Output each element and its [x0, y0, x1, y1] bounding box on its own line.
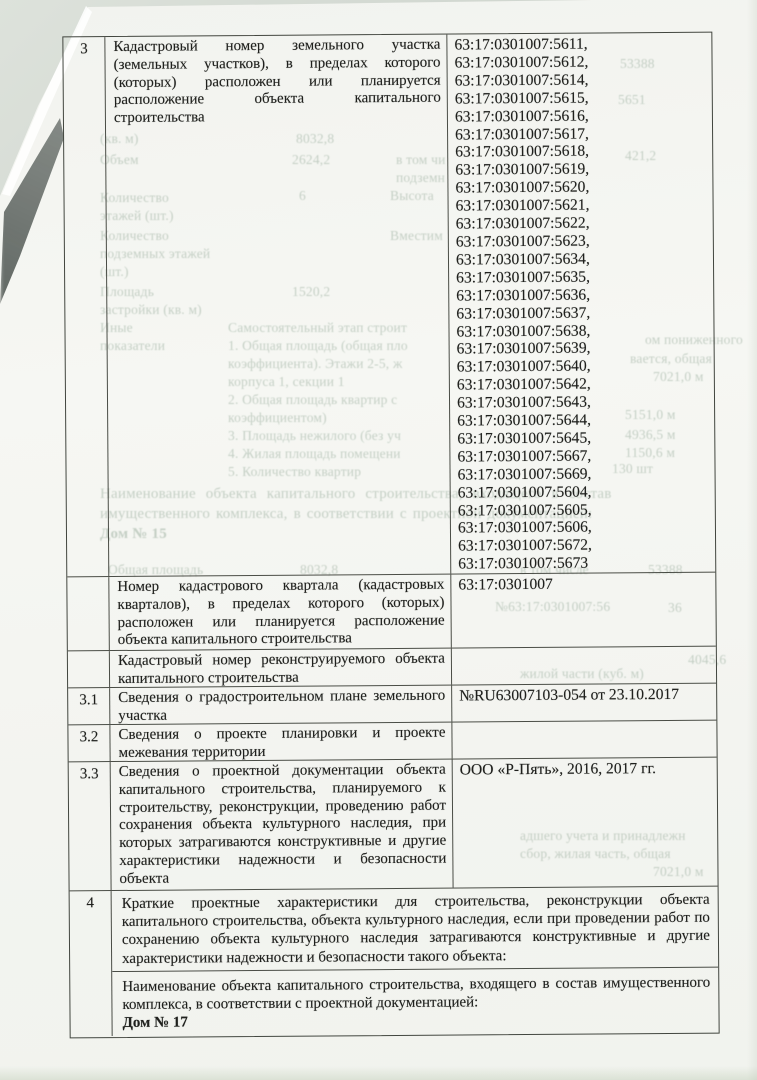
- row-4-subrow: Наименование объекта капитального строит…: [112, 968, 718, 1036]
- row-number: [68, 651, 110, 687]
- cadastral-number-line: 63:17:0301007:5604,: [458, 482, 711, 502]
- bottom-edge-shading: [0, 1066, 757, 1080]
- cadastral-number-line: 63:17:0301007:5618,: [455, 142, 708, 162]
- row-number: 3.2: [68, 725, 110, 761]
- cadastral-number-line: 63:17:0301007:5612,: [454, 53, 707, 73]
- cadastral-number-line: 63:17:0301007:5635,: [456, 267, 709, 287]
- row-number: 3.3: [69, 762, 112, 890]
- cadastral-number-line: 63:17:0301007:5605,: [458, 500, 711, 520]
- cadastral-number-line: 63:17:0301007:5644,: [457, 411, 710, 431]
- kvartal-value: 63:17:0301007: [451, 573, 716, 648]
- table-row-3-3: 3.3 Сведения о проектной документации об…: [69, 758, 718, 892]
- table-row-4: 4 Краткие проектные характеристики для с…: [70, 887, 719, 1037]
- cadastral-number-line: 63:17:0301007:5606,: [458, 518, 711, 538]
- cadastral-number-line: 63:17:0301007:5615,: [455, 88, 708, 108]
- cadastral-number-line: 63:17:0301007:5623,: [456, 232, 709, 252]
- table-row-3: 3 Кадастровый номер земельного участка (…: [63, 33, 715, 578]
- table-row-3-2: 3.2 Сведения о проекте планировки и прое…: [68, 721, 716, 763]
- row-3-label: Кадастровый номер земельного участка (зе…: [105, 35, 451, 576]
- cadastral-number-line: 63:17:0301007:5614,: [455, 70, 708, 90]
- cadastral-number-line: 63:17:0301007:5645,: [457, 429, 710, 449]
- cadastral-number-line: 63:17:0301007:5616,: [455, 106, 708, 126]
- row-3-1-label: Сведения о градостроительном плане земел…: [110, 686, 452, 725]
- cadastral-number-line: 63:17:0301007:5636,: [456, 285, 709, 305]
- recon-label: Кадастровый номер реконструируемого объе…: [110, 649, 452, 688]
- row-number: 3: [63, 37, 109, 576]
- table-row-kvartal: Номер кадастрового квартала (кадастровых…: [67, 573, 716, 652]
- cadastral-number-line: 63:17:0301007:5638,: [456, 321, 709, 341]
- gradplan-value: №RU63007103-054 от 23.10.2017: [452, 684, 716, 722]
- cadastral-number-line: 63:17:0301007:5642,: [457, 375, 710, 395]
- table-row-recon: Кадастровый номер реконструируемого объе…: [68, 647, 716, 689]
- cadastral-number-line: 63:17:0301007:5672,: [458, 536, 711, 556]
- row-4-text: Краткие проектные характеристики для стр…: [112, 887, 719, 972]
- document-table: 3 Кадастровый номер земельного участка (…: [62, 32, 719, 1039]
- cadastral-number-line: 63:17:0301007:5611,: [454, 35, 707, 55]
- cadastral-number-line: 63:17:0301007:5637,: [456, 303, 709, 323]
- cadastral-number-line: 63:17:0301007:5667,: [457, 447, 710, 467]
- row-number: 3.1: [68, 688, 110, 724]
- cadastral-number-line: 63:17:0301007:5620,: [455, 178, 708, 198]
- cadastral-number-line: 63:17:0301007:5673: [458, 554, 711, 574]
- row-number: 4: [70, 891, 113, 1036]
- object-naming-text: Наименование объекта капитального строит…: [122, 975, 710, 1014]
- object-name: Дом № 17: [123, 1010, 711, 1033]
- cadastral-number-line: 63:17:0301007:5634,: [456, 250, 709, 270]
- cadastral-number-line: 63:17:0301007:5617,: [455, 124, 708, 144]
- right-edge-shading: [747, 0, 757, 1080]
- cadastral-number-line: 63:17:0301007:5622,: [456, 214, 709, 234]
- row-3-3-label: Сведения о проектной документации объект…: [111, 760, 454, 891]
- scanned-document-page: 533885651(кв. м)8032,8421,2Объем2624,2в …: [0, 0, 757, 1080]
- cadastral-numbers-list: 63:17:0301007:5611,63:17:0301007:5612,63…: [447, 33, 715, 574]
- row-4-content: Краткие проектные характеристики для стр…: [112, 887, 719, 1036]
- cadastral-number-line: 63:17:0301007:5643,: [457, 393, 710, 413]
- cadastral-number-line: 63:17:0301007:5669,: [457, 464, 710, 484]
- proekt-doc-value: ООО «Р-Пять», 2016, 2017 гг.: [453, 758, 718, 888]
- cadastral-number-line: 63:17:0301007:5621,: [456, 196, 709, 216]
- table-row-3-1: 3.1 Сведения о градостроительном плане з…: [68, 684, 716, 726]
- kvartal-label: Номер кадастрового квартала (кадастровых…: [109, 575, 452, 651]
- planirovka-value: [452, 721, 716, 759]
- cadastral-number-line: 63:17:0301007:5639,: [457, 339, 710, 359]
- row-number: [67, 577, 110, 650]
- row-3-2-label: Сведения о проекте планировки и проекте …: [110, 723, 452, 762]
- cadastral-number-line: 63:17:0301007:5640,: [457, 357, 710, 377]
- cadastral-number-line: 63:17:0301007:5619,: [455, 160, 708, 180]
- recon-value: [452, 647, 716, 685]
